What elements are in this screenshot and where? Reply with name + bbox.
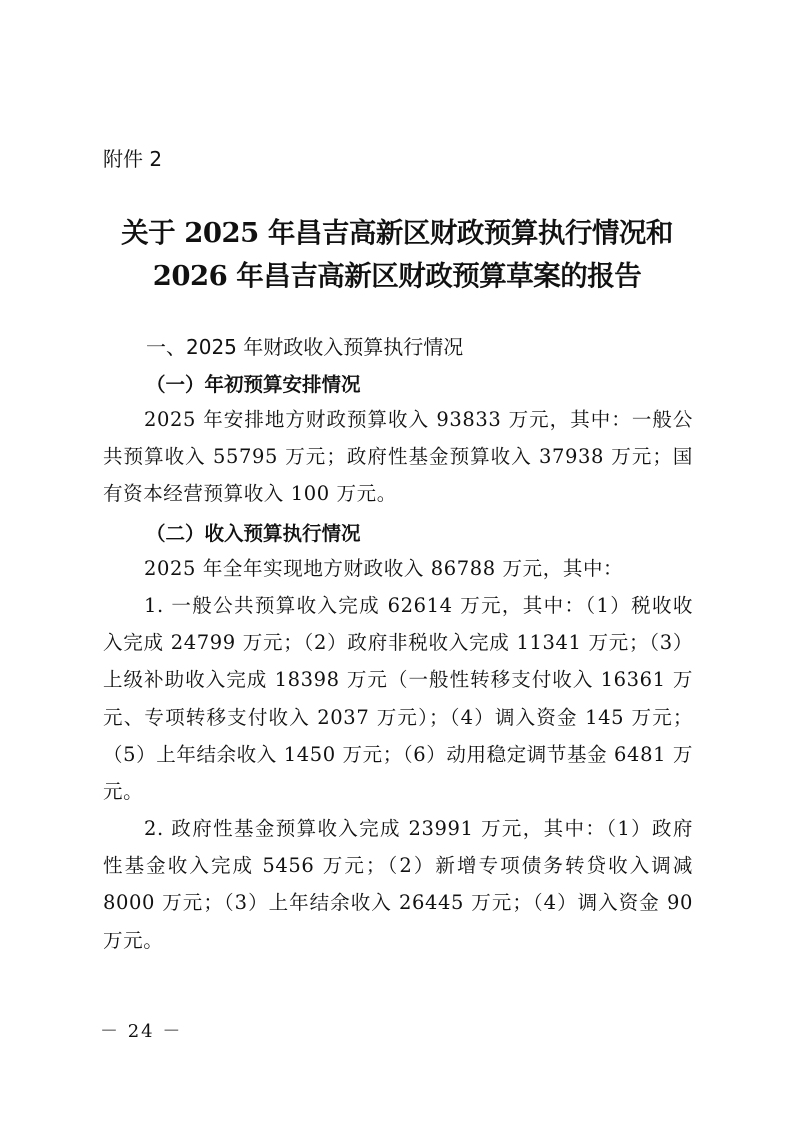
paragraph-general-public-budget: 1. 一般公共预算收入完成 62614 万元，其中：（1）税收收入完成 2479…	[103, 587, 693, 810]
attachment-label: 附件 2	[103, 146, 162, 172]
paragraph-total-revenue: 2025 年全年实现地方财政收入 86788 万元，其中：	[103, 550, 693, 587]
title-line-2: 2026 年昌吉高新区财政预算草案的报告	[100, 255, 694, 298]
subsection-heading-1: （一）年初预算安排情况	[146, 372, 361, 398]
document-page: 附件 2 关于 2025 年昌吉高新区财政预算执行情况和 2026 年昌吉高新区…	[0, 0, 794, 1122]
title-line-1: 关于 2025 年昌吉高新区财政预算执行情况和	[100, 212, 694, 255]
paragraph-government-fund-budget: 2. 政府性基金预算收入完成 23991 万元，其中：（1）政府性基金收入完成 …	[103, 810, 693, 959]
page-number: － 24 －	[100, 1020, 182, 1044]
subsection-heading-2: （二）收入预算执行情况	[146, 521, 361, 547]
document-title: 关于 2025 年昌吉高新区财政预算执行情况和 2026 年昌吉高新区财政预算草…	[100, 212, 694, 298]
section-heading-1: 一、2025 年财政收入预算执行情况	[146, 334, 463, 360]
paragraph-budget-arrangement: 2025 年安排地方财政预算收入 93833 万元，其中：一般公共预算收入 55…	[103, 401, 693, 513]
